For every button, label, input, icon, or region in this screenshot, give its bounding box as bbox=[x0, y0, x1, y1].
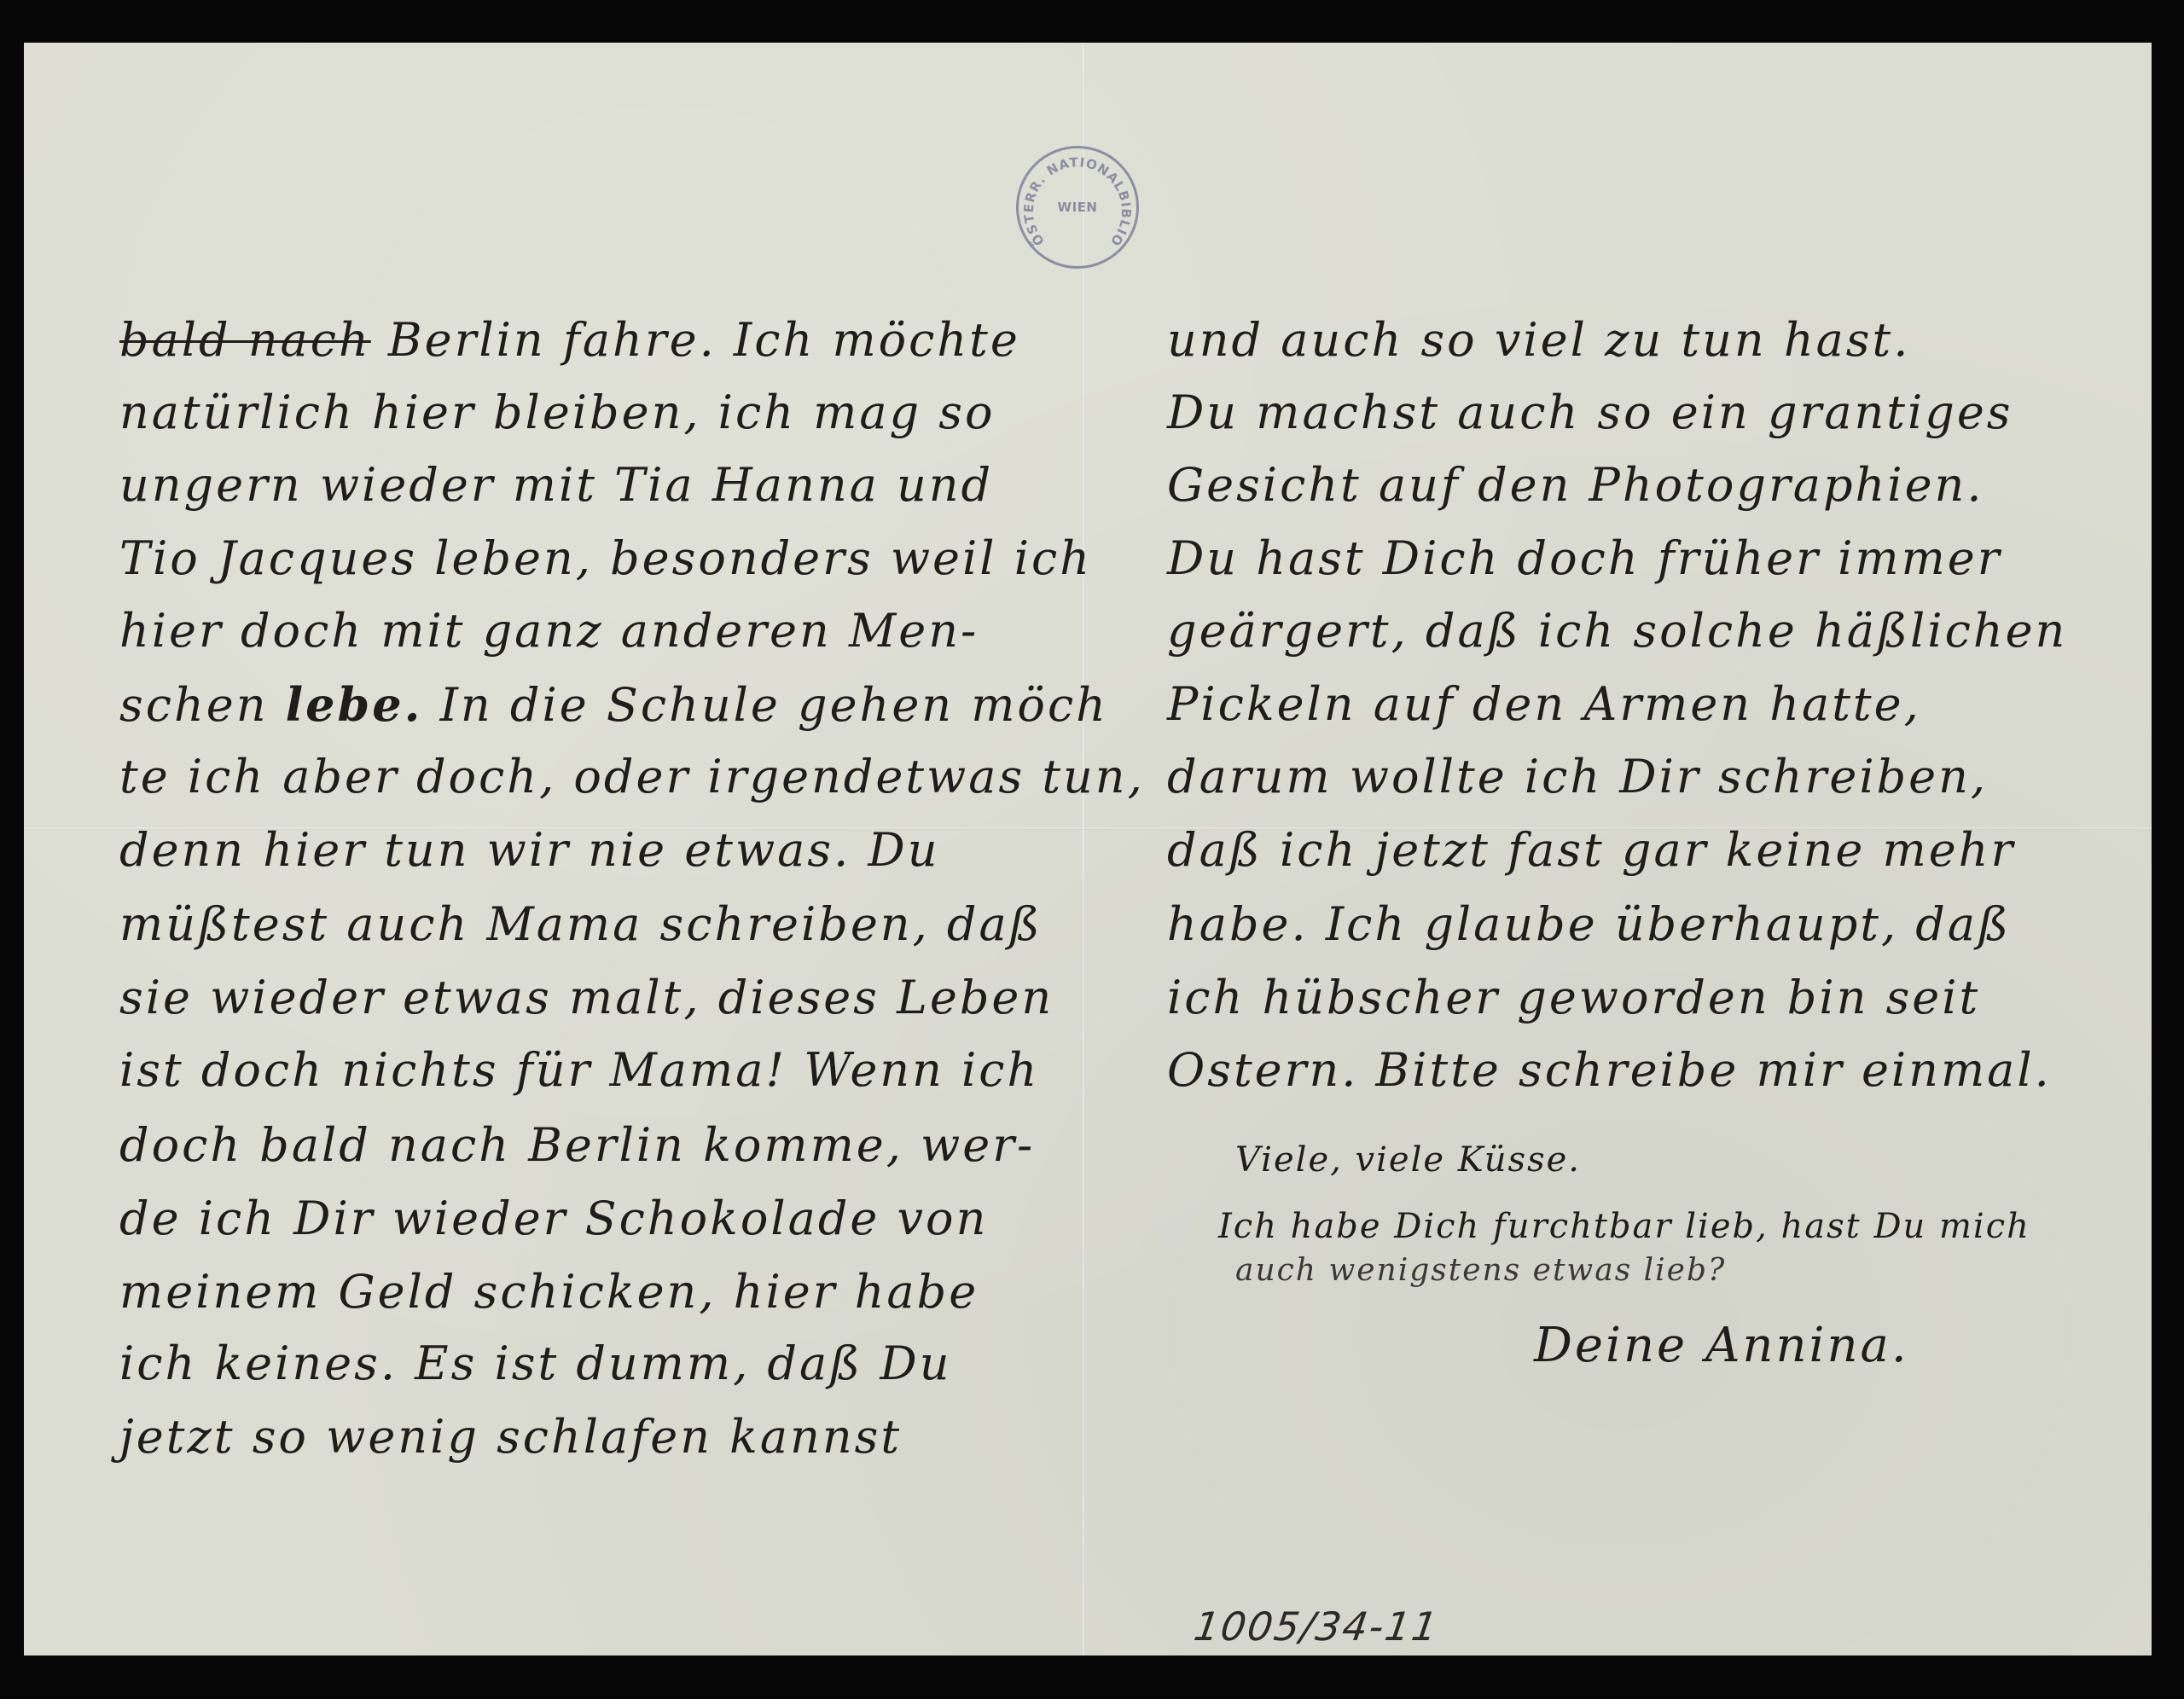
text-line: darum wollte ich Dir schreiben, bbox=[1167, 754, 2148, 800]
svg-text:ÖSTERR. NATIONALBIBLIOTHEK: ÖSTERR. NATIONALBIBLIOTHEK bbox=[1016, 146, 1134, 249]
center-fold-line bbox=[1082, 43, 1085, 1656]
text-line: te ich aber doch, oder irgendetwas tun, bbox=[119, 754, 1066, 800]
library-stamp: ÖSTERR. NATIONALBIBLIOTHEK WIEN bbox=[1016, 146, 1139, 269]
stamp-center-text: WIEN bbox=[1019, 200, 1136, 215]
text-line: sie wieder etwas malt, dieses Leben bbox=[119, 975, 1066, 1021]
signature: Deine Annina. bbox=[1534, 1322, 2184, 1370]
text-line: Gesicht auf den Photographien. bbox=[1167, 462, 2148, 508]
text-line: habe. Ich glaube überhaupt, daß bbox=[1167, 902, 2148, 948]
text-line: bald nach Berlin fahre. Ich möchte bbox=[119, 317, 1066, 363]
text-line: ist doch nichts für Mama! Wenn ich bbox=[119, 1047, 1066, 1093]
text-line: ungern wieder mit Tia Hanna und bbox=[119, 462, 1066, 508]
text-line: Du machst auch so ein grantiges bbox=[1167, 390, 2148, 436]
letter-paper: ÖSTERR. NATIONALBIBLIOTHEK WIEN bald nac… bbox=[24, 43, 2152, 1656]
text-line: Ostern. Bitte schreibe mir einmal. bbox=[1167, 1047, 2148, 1093]
text-line: meinem Geld schicken, hier habe bbox=[119, 1269, 1066, 1315]
postscript-line-2: auch wenigstens etwas lieb? bbox=[1235, 1255, 2184, 1286]
archive-number: 1005/34-11 bbox=[1191, 1603, 1442, 1650]
text-line: ich hübscher geworden bin seit bbox=[1167, 975, 2148, 1021]
text-line: geärgert, daß ich solche häßlichen bbox=[1167, 608, 2148, 654]
line-text: schen bbox=[119, 678, 286, 732]
text-line: und auch so viel zu tun hast. bbox=[1167, 317, 2148, 363]
overwritten-text: lebe. bbox=[286, 677, 423, 732]
text-line: natürlich hier bleiben, ich mag so bbox=[119, 390, 1066, 436]
text-line: hier doch mit ganz anderen Men- bbox=[119, 608, 1066, 654]
text-line: ich keines. Es ist dumm, daß Du bbox=[119, 1341, 1066, 1387]
text-line: müßtest auch Mama schreiben, daß bbox=[119, 902, 1066, 948]
text-line: jetzt so wenig schlafen kannst bbox=[119, 1414, 1066, 1460]
text-line: schen lebe. In die Schule gehen möch bbox=[119, 681, 1066, 728]
postscript-line-1: Ich habe Dich furchtbar lieb, hast Du mi… bbox=[1218, 1209, 2184, 1244]
line-text: Berlin fahre. Ich möchte bbox=[371, 313, 1020, 367]
text-line: daß ich jetzt fast gar keine mehr bbox=[1167, 827, 2148, 873]
text-line: Tio Jacques leben, besonders weil ich bbox=[119, 536, 1066, 582]
text-line: de ich Dir wieder Schokolade von bbox=[119, 1196, 1066, 1242]
line-text: In die Schule gehen möch bbox=[422, 678, 1108, 732]
closing-text: Viele, viele Küsse. bbox=[1235, 1143, 2184, 1177]
text-line: Pickeln auf den Armen hatte, bbox=[1167, 681, 2148, 728]
text-line: doch bald nach Berlin komme, wer- bbox=[119, 1122, 1066, 1168]
text-line: denn hier tun wir nie etwas. Du bbox=[119, 827, 1066, 873]
struck-text: bald nach bbox=[119, 313, 371, 367]
text-line: Du hast Dich doch früher immer bbox=[1167, 536, 2148, 582]
